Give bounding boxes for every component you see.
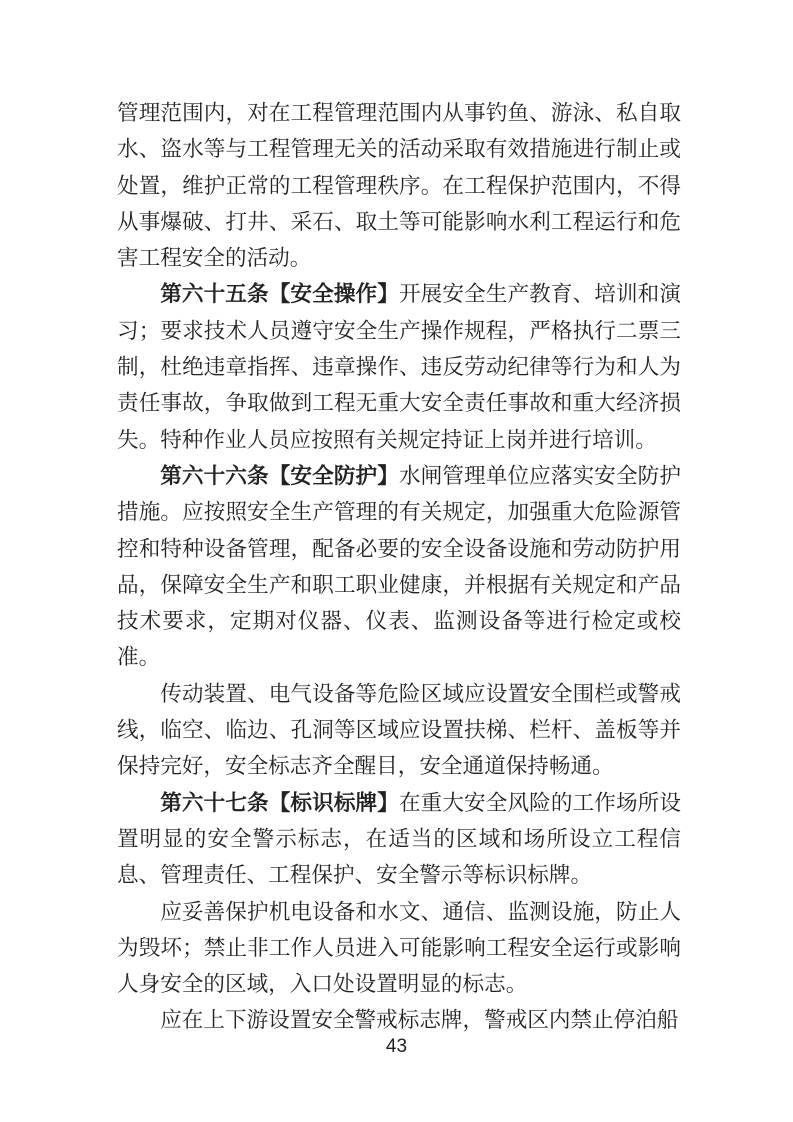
hazard-zones-paragraph: 传动装置、电气设备等危险区域应设置安全围栏或警戒线，临空、临边、孔洞等区域应设置… — [117, 676, 681, 785]
article-67-paragraph: 第六十七条【标识标牌】在重大安全风险的工作场所设置明显的安全警示标志，在适当的区… — [117, 785, 681, 894]
article-66-heading: 第六十六条【安全防护】 — [160, 464, 399, 488]
paragraph-text: 水闸管理单位应落实安全防护措施。应按照安全生产管理的有关规定，加强重大危险源管控… — [117, 464, 681, 669]
document-body: 管理范围内，对在工程管理范围内从事钓鱼、游泳、私自取水、盗水等与工程管理无关的活… — [117, 95, 681, 1039]
paragraph-text: 管理范围内，对在工程管理范围内从事钓鱼、游泳、私自取水、盗水等与工程管理无关的活… — [117, 101, 681, 270]
continuation-paragraph: 管理范围内，对在工程管理范围内从事钓鱼、游泳、私自取水、盗水等与工程管理无关的活… — [117, 95, 681, 276]
article-65-heading: 第六十五条【安全操作】 — [160, 282, 399, 306]
warning-signs-paragraph: 应在上下游设置安全警戒标志牌，警戒区内禁止停泊船 — [117, 1002, 681, 1038]
paragraph-text: 应妥善保护机电设备和水文、通信、监测设施，防止人为毁坏；禁止非工作人员进入可能影… — [117, 900, 681, 997]
paragraph-text: 开展安全生产教育、培训和演习；要求技术人员遵守安全生产操作规程，严格执行二票三制… — [117, 282, 681, 451]
article-65-paragraph: 第六十五条【安全操作】开展安全生产教育、培训和演习；要求技术人员遵守安全生产操作… — [117, 276, 681, 457]
document-page: 管理范围内，对在工程管理范围内从事钓鱼、游泳、私自取水、盗水等与工程管理无关的活… — [0, 0, 793, 1122]
paragraph-text: 应在上下游设置安全警戒标志牌，警戒区内禁止停泊船 — [160, 1008, 678, 1032]
page-number: 43 — [0, 1036, 793, 1058]
equipment-protection-paragraph: 应妥善保护机电设备和水文、通信、监测设施，防止人为毁坏；禁止非工作人员进入可能影… — [117, 894, 681, 1003]
paragraph-text: 传动装置、电气设备等危险区域应设置安全围栏或警戒线，临空、临边、孔洞等区域应设置… — [117, 682, 681, 779]
article-66-paragraph: 第六十六条【安全防护】水闸管理单位应落实安全防护措施。应按照安全生产管理的有关规… — [117, 458, 681, 676]
article-67-heading: 第六十七条【标识标牌】 — [160, 791, 399, 815]
